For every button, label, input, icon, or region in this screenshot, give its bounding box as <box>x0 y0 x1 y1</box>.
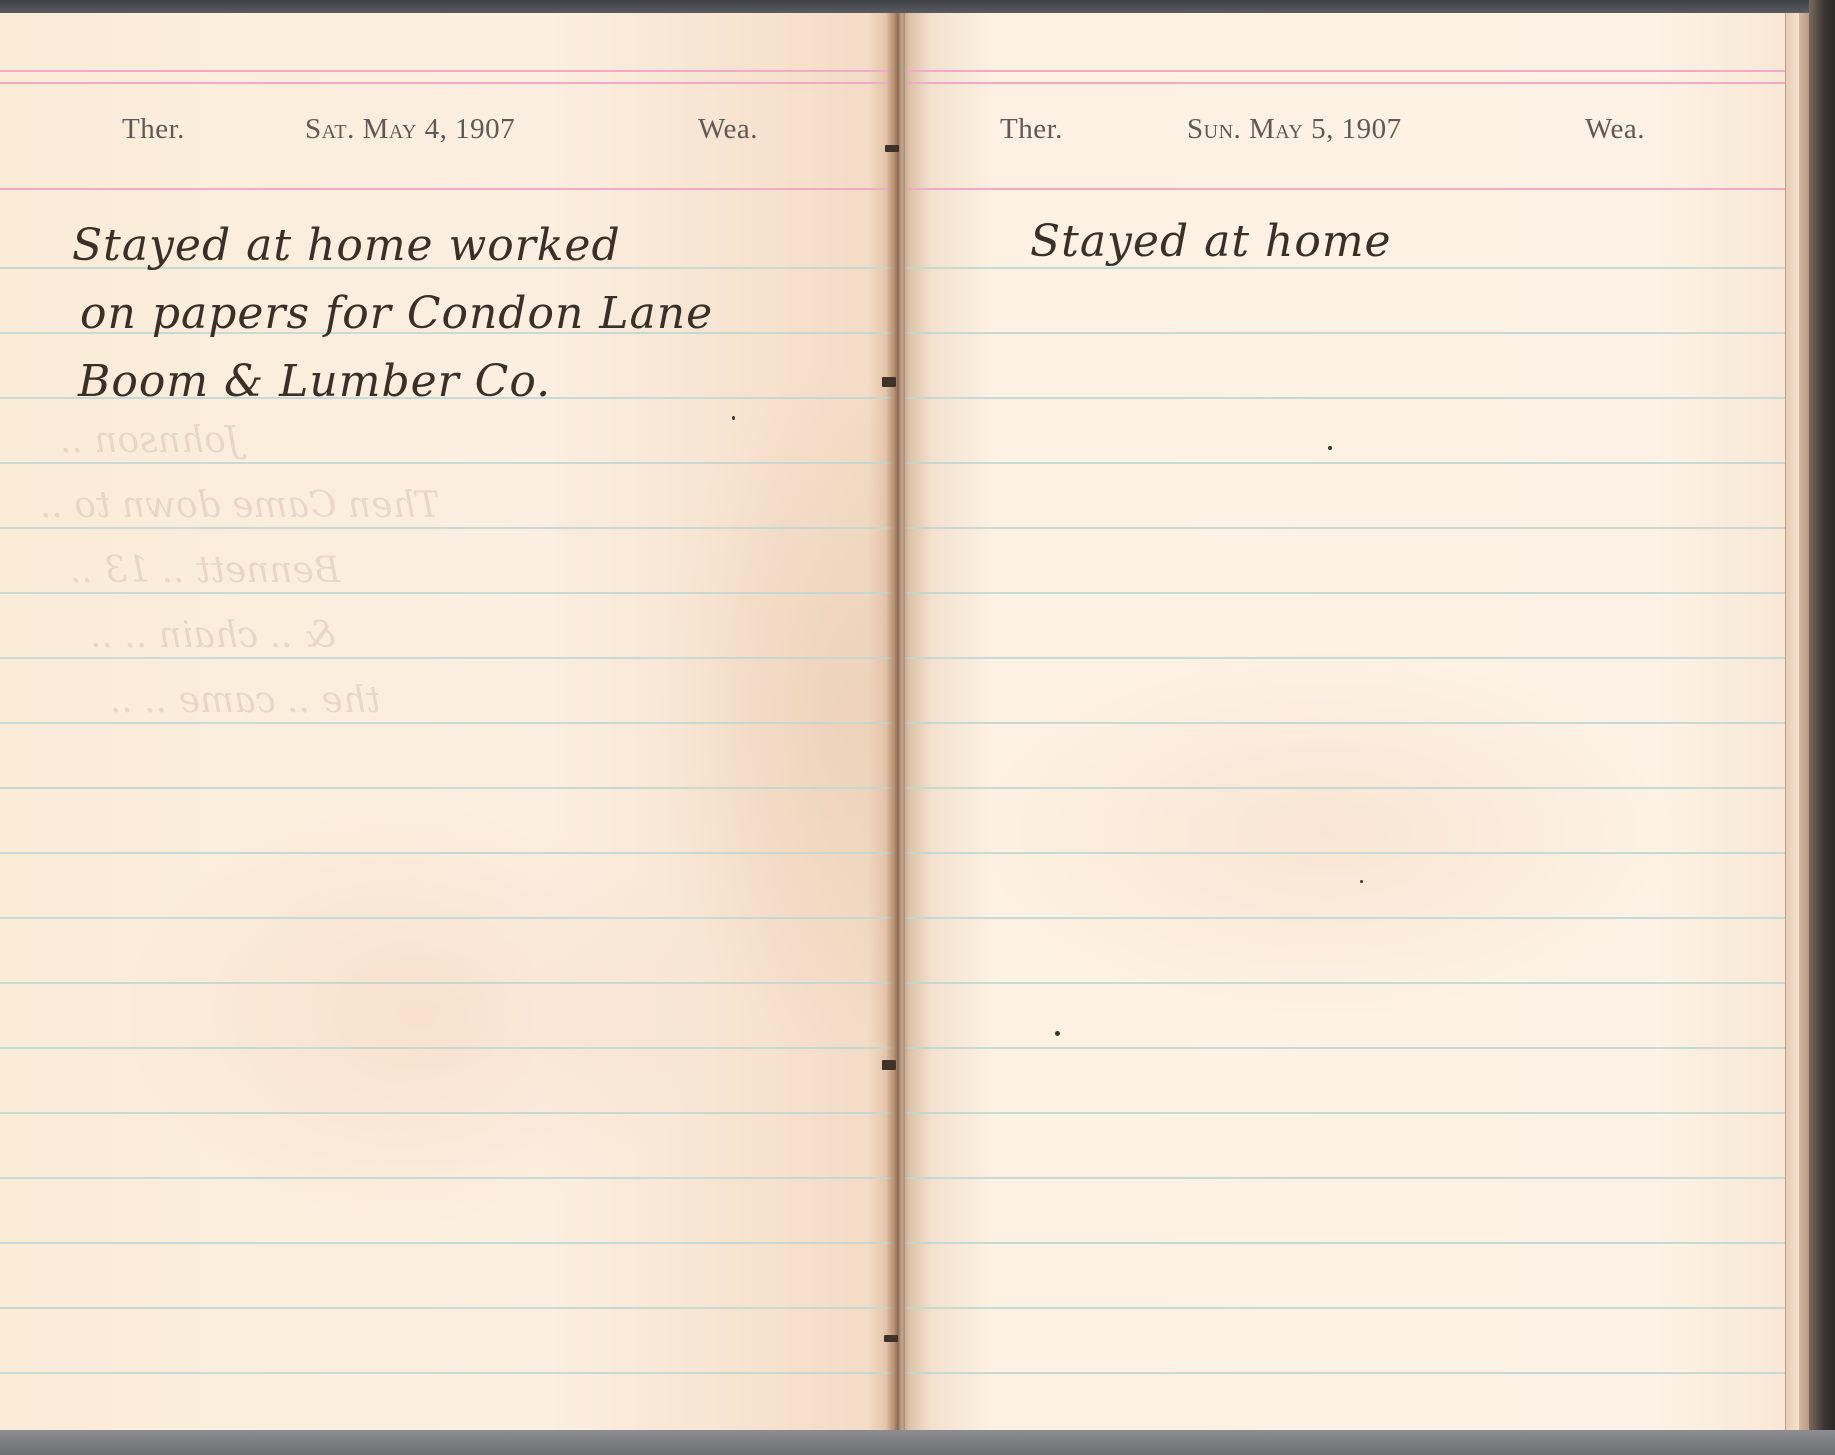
left-page: Ther. Sat. May 4, 1907 Wea. Johnson .. T… <box>0 13 895 1431</box>
page-date: Sat. May 4, 1907 <box>305 113 515 146</box>
header-top-rule <box>905 70 1785 72</box>
page-date: Sun. May 5, 1907 <box>1187 113 1402 146</box>
binding-stitch <box>882 1060 896 1070</box>
page-stack-edge <box>1785 13 1800 1431</box>
page-stack-edge <box>1799 13 1809 1431</box>
entry-line: on papers for Condon Lane <box>80 281 713 347</box>
thermometer-label: Ther. <box>122 113 185 146</box>
entry-line: Stayed at home <box>1030 209 1392 275</box>
header-top-rule-2 <box>905 82 1785 84</box>
binding-stitch <box>884 1335 898 1342</box>
weather-label: Wea. <box>698 113 758 146</box>
date-text: May 4, 1907 <box>363 113 516 145</box>
day-of-week: Sat. <box>305 113 355 145</box>
entry-line: Boom & Lumber Co. <box>78 349 551 415</box>
binding-stitch <box>882 377 896 387</box>
header-bottom-rule <box>0 188 895 190</box>
bleed-through-line: & .. chain .. .. <box>90 603 336 669</box>
header-top-rule-2 <box>0 82 895 84</box>
scan-top-border <box>0 0 1835 14</box>
ink-speck <box>1360 880 1363 883</box>
book-cover-edge <box>1809 0 1835 1455</box>
thermometer-label: Ther. <box>1000 113 1063 146</box>
right-page: Ther. Sun. May 5, 1907 Wea. Stayed at ho… <box>905 13 1785 1431</box>
bleed-through-line: Johnson .. <box>60 408 240 474</box>
day-of-week: Sun. <box>1187 113 1241 145</box>
scan-bottom-border <box>0 1430 1835 1455</box>
ink-speck <box>1055 1031 1060 1036</box>
header-top-rule <box>0 70 895 72</box>
book-gutter <box>886 13 910 1431</box>
date-text: May 5, 1907 <box>1249 113 1402 145</box>
ink-speck <box>732 416 735 420</box>
ink-speck <box>1328 446 1332 450</box>
binding-stitch <box>885 145 899 152</box>
weather-label: Wea. <box>1585 113 1645 146</box>
bleed-through-line: the .. came .. .. <box>110 668 380 734</box>
bleed-through-line: Bennett .. 13 .. <box>70 538 340 604</box>
bleed-through-line: Then Came down to .. <box>40 473 440 539</box>
header-bottom-rule <box>905 188 1785 190</box>
entry-line: Stayed at home worked <box>72 213 621 279</box>
